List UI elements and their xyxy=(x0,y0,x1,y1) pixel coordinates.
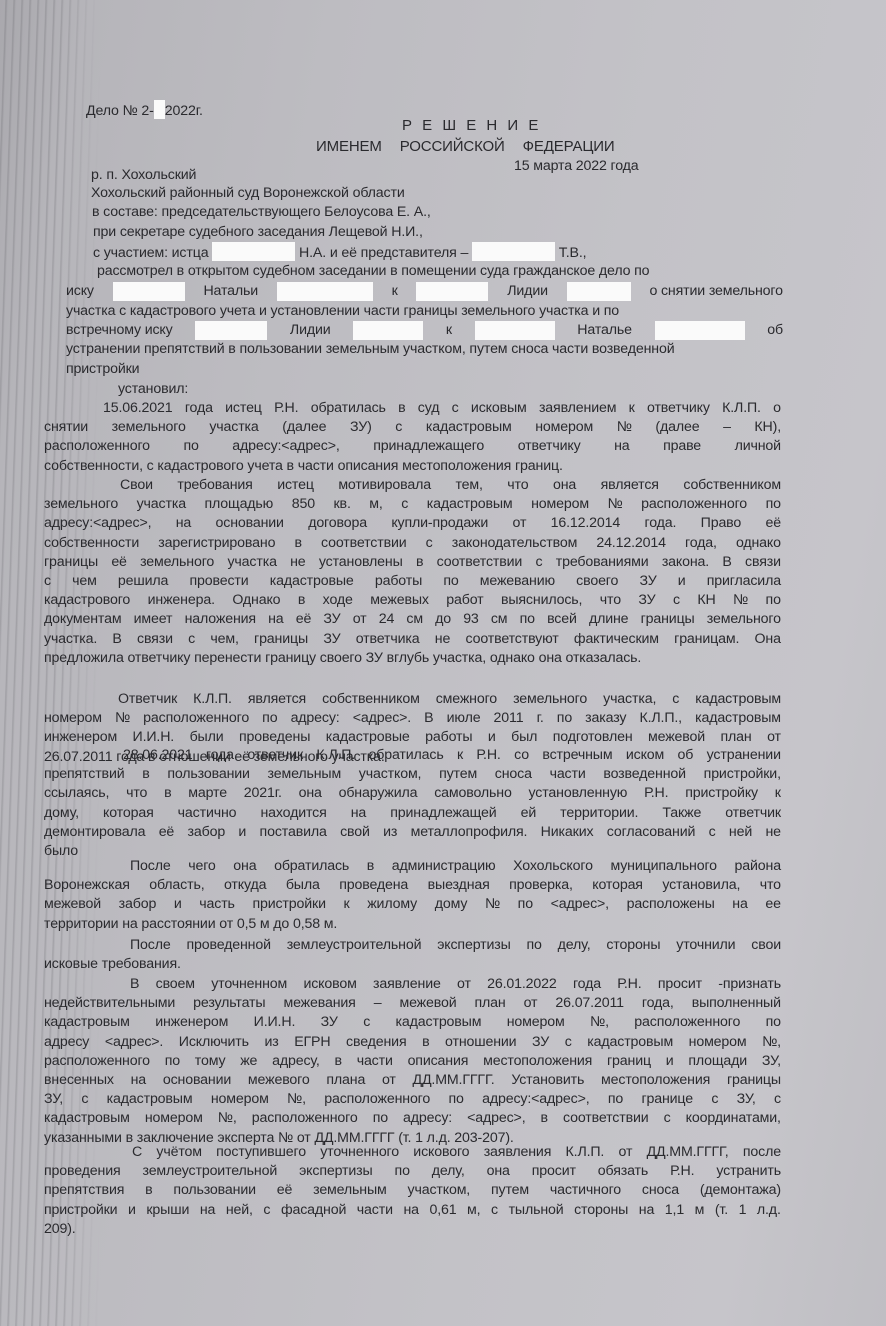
document-subtitle: ИМЕНЕМ РОССИЙСКОЙ ФЕДЕРАЦИИ xyxy=(316,138,615,156)
paragraph-8-line: пристройкиикрышинаней,сфасаднойчастина0,… xyxy=(44,1201,781,1219)
paragraph-7-line: недействительнымирезультатымежевания–меж… xyxy=(44,994,781,1012)
paragraph-4-line: 28.06.2021годаответчикК.Л.П.обратиласькР… xyxy=(123,746,781,764)
paragraph-6-line: Послепроведеннойземлеустроительнойэкспер… xyxy=(130,936,781,954)
court-composition: в составе: председательствующего Белоусо… xyxy=(92,203,431,221)
paragraph-7-line: кадастровыминженеромИ.И.Н.ЗУскадастровым… xyxy=(44,1013,781,1031)
paragraph-1-line: снятииземельногоучастка(далееЗУ)скадастр… xyxy=(44,418,781,436)
paragraph-7-line: внесенныхнаоснованиимежевогопланаотДД.ММ… xyxy=(44,1071,781,1089)
redaction xyxy=(113,282,185,301)
counterclaim-line-3: пристройки xyxy=(66,360,139,378)
claim-line-2: участка с кадастрового учета и установле… xyxy=(66,302,783,320)
paragraph-2-line: счемрешилапровестикадастровыеработыпомеж… xyxy=(44,572,781,590)
paragraph-2-line: адресу:<адрес>,наоснованиидоговоракупли-… xyxy=(44,514,781,532)
paragraph-2-line: Своитребованияистецмотивировалатем,чтоон… xyxy=(120,476,781,494)
decision-date: 15 марта 2022 года xyxy=(514,157,639,175)
paragraph-4-line: дому,котораячастичнонаходитсянапринадлеж… xyxy=(44,804,781,822)
decision-place: р. п. Хохольский xyxy=(91,166,196,184)
paragraph-3-line: номером№расположенногопоадресу:<адрес>.В… xyxy=(44,709,781,727)
paragraph-7-line: адресу<адрес>.ИсключитьизЕГРНсведениявот… xyxy=(44,1033,781,1051)
redaction xyxy=(277,282,373,301)
paragraph-2-line: предложила ответчику перенести границу с… xyxy=(44,649,641,667)
redaction xyxy=(212,242,295,261)
paragraph-3-line: ОтветчикК.Л.П.являетсясобственникомсмежн… xyxy=(118,690,781,708)
paragraph-5-line: межевойзаборичастьпристройкикжиломудому№… xyxy=(44,895,781,913)
claim-line: иску Натальи к Лидии о снятии земельного xyxy=(66,282,783,301)
redaction xyxy=(472,242,555,261)
paragraph-7-line: Всвоемуточненномисковомзаявлениеот26.01.… xyxy=(130,975,781,993)
counterclaim-line: встречному иску Лидии к Наталье об xyxy=(66,321,783,340)
paragraph-5-line: Воронежскаяобласть,откудабылапроведенавы… xyxy=(44,876,781,894)
paragraph-3-line: инженеромИ.И.Н.былипроведеныкадастровыер… xyxy=(44,728,781,746)
counterclaim-line-2: устранении препятствий в пользовании зем… xyxy=(66,340,674,358)
paragraph-7-line: кадастровымномером№,расположенногопоадре… xyxy=(44,1109,781,1127)
document-title: Р Е Ш Е Н И Е xyxy=(402,117,541,135)
paragraph-2-line: собственностизарегистрировановсоответств… xyxy=(44,534,781,552)
paragraph-1-line: собственности, с кадастрового учета в ча… xyxy=(44,457,563,475)
redaction xyxy=(195,321,267,340)
considered-line: рассмотрел в открытом судебном заседании… xyxy=(97,262,649,280)
paragraph-4-line: ссылаясь,чтовмарте2021г.онаобнаружиласам… xyxy=(44,784,781,802)
paragraph-4-line: препятствийвпользованииземельнымучастком… xyxy=(44,765,781,783)
paragraph-8-line: 209). xyxy=(44,1220,76,1238)
paragraph-5-line: ПослечегоонаобратиласьвадминистрациюХохо… xyxy=(130,857,781,875)
redaction xyxy=(154,100,165,119)
case-number-prefix: Дело № 2- xyxy=(86,103,154,119)
paragraph-2-line: земельногоучасткаплощадью850кв.м,скадаст… xyxy=(44,495,781,513)
paragraph-8-line: Сучётомпоступившегоуточненногоисковогоза… xyxy=(132,1143,781,1161)
paragraph-7-line: расположенногопотомужеадресу,вчастиописа… xyxy=(44,1052,781,1070)
participants: с участием: истца Н.А. и её представител… xyxy=(93,242,586,262)
paragraph-1-line: 15.06.2021годаистецР.Н.обратиласьвсудсис… xyxy=(103,399,781,417)
redaction xyxy=(416,282,488,301)
paragraph-4-line: демонтировалаеёзаборипоставиласвойизмета… xyxy=(44,823,781,841)
paragraph-8-line: препятствиявпользованииеёземельнымучастк… xyxy=(44,1181,781,1199)
established-heading: установил: xyxy=(118,380,188,398)
paragraph-2-line: участка.Всвязисчем,границыЗУответчиканес… xyxy=(44,630,781,648)
paragraph-7-line: ЗУ,скадастровымномером№,расположенногопо… xyxy=(44,1090,781,1108)
case-number: Дело № 2-2022г. xyxy=(86,100,203,120)
paragraph-2-line: границыеёземельногоучастканеустановленыв… xyxy=(44,553,781,571)
court-name: Хохольский районный суд Воронежской обла… xyxy=(91,184,405,202)
paragraph-6-line: исковые требования. xyxy=(44,955,181,973)
redaction xyxy=(567,282,631,301)
redaction xyxy=(353,321,423,340)
case-number-suffix: 2022г. xyxy=(165,103,203,119)
paragraph-2-line: документамимеетналожениянаеёЗУот24смдо93… xyxy=(44,610,781,628)
paragraph-5-line: территории на расстоянии от 0,5 м до 0,5… xyxy=(44,915,337,933)
redaction xyxy=(655,321,745,340)
paragraph-2-line: кадастровогоинженера.Однаковходемежевыхр… xyxy=(44,591,781,609)
paragraph-1-line: расположенногопоадресу:<адрес>,принадлеж… xyxy=(44,437,781,455)
paragraph-8-line: проведенияземлеустроительнойэкспертизыпо… xyxy=(44,1162,781,1180)
court-secretary: при секретаре судебного заседания Лещево… xyxy=(93,223,423,241)
redaction xyxy=(475,321,555,340)
paragraph-4-line: было xyxy=(44,842,78,860)
